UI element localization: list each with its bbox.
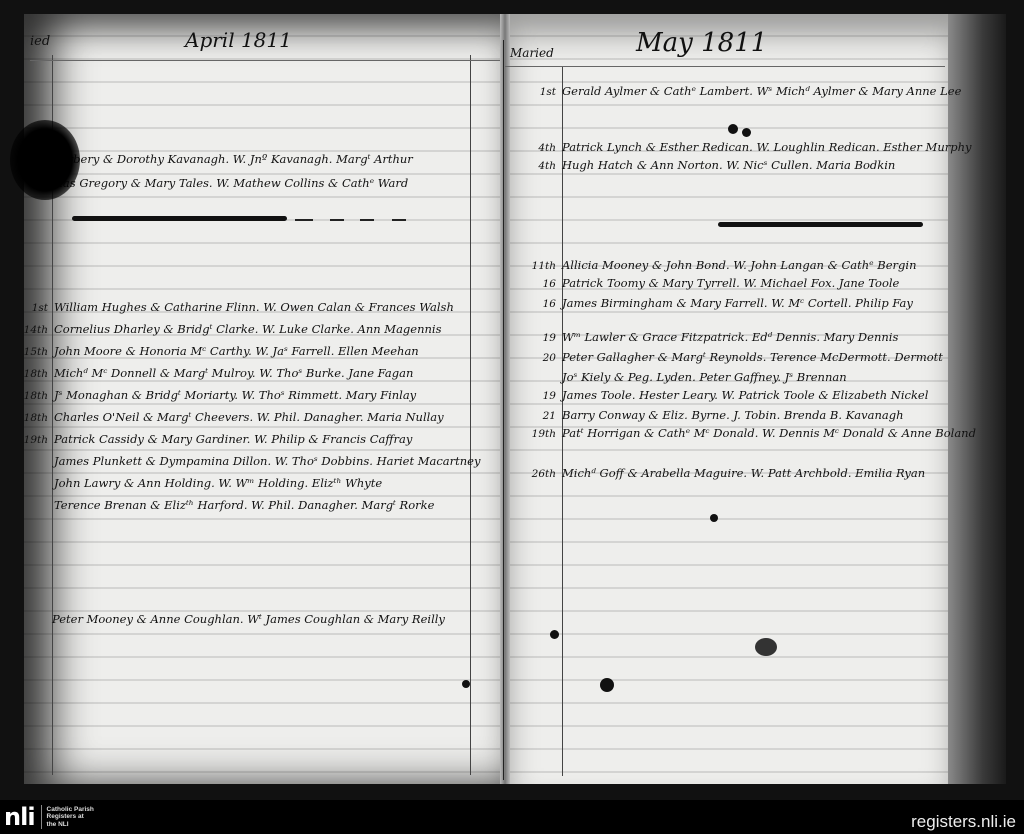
left-right-margin-line [470,55,471,775]
register-entry: Carbery & Dorothy Kavanagh. W. Jnº Kavan… [52,152,413,166]
dash [392,219,406,221]
ink-blot [742,128,751,137]
register-entry: mas Gregory & Mary Tales. W. Mathew Coll… [52,176,408,190]
register-entry: Terence Brenan & Elizᵗʰ Harford. W. Phil… [22,498,434,512]
ink-blot [710,514,718,522]
register-entry: 11thAllicia Mooney & John Bond. W. John … [530,258,917,272]
right-page-edge-line [503,40,504,780]
register-entry: James Plunkett & Dympamina Dillon. W. Th… [22,454,480,468]
left-month-heading: April 1811 [185,28,292,52]
nli-logo-mark: nli [4,805,42,829]
dash [330,219,344,221]
register-entry: 14thCornelius Dharley & Bridgᵗ Clarke. W… [22,322,442,336]
ink-blot [755,638,777,656]
footer-bar [0,800,1024,834]
ink-blot [462,680,470,688]
ink-blot [600,678,614,692]
register-entry: 19Wᵐ Lawler & Grace Fitzpatrick. Edᵈ Den… [530,330,898,344]
dash [295,219,313,221]
register-entry: 18thJˢ Monaghan & Bridgᵗ Moriarty. W. Th… [22,388,416,402]
crossed-out-entry [718,222,923,227]
register-entry: 19James Toole. Hester Leary. W. Patrick … [530,388,928,402]
register-entry: 26thMichᵈ Goff & Arabella Maguire. W. Pa… [530,466,925,480]
register-entry: 18thCharles O'Neil & Margᵗ Cheevers. W. … [22,410,444,424]
right-header-rule [505,66,945,67]
register-entry: Joˢ Kiely & Peg. Lyden. Peter Gaffney. J… [530,370,847,384]
register-entry: 21Barry Conway & Eliz. Byrne. J. Tobin. … [530,408,904,422]
register-entry: 4thPatrick Lynch & Esther Redican. W. Lo… [530,140,972,154]
book-gutter [500,14,510,784]
register-entry: 15thJohn Moore & Honoria Mᶜ Carthy. W. J… [22,344,419,358]
site-url[interactable]: registers.nli.ie [911,812,1016,832]
register-entry: John Lawry & Ann Holding. W. Wᵐ Holding.… [22,476,382,490]
crossed-out-entry [72,216,287,221]
register-entry: 18thMichᵈ Mᶜ Donnell & Margᵗ Mulroy. W. … [22,366,413,380]
nli-logo-text: Catholic Parish Registers at the NLI [42,806,94,829]
ink-blot [10,120,80,200]
ink-blot [728,124,738,134]
register-entry: 19thPatᵗ Horrigan & Cathᵉ Mᶜ Donald. W. … [530,426,976,440]
register-entry: 16James Birmingham & Mary Farrell. W. Mᶜ… [530,296,913,310]
dash [360,219,374,221]
register-entry: 16Patrick Toomy & Mary Tyrrell. W. Micha… [530,276,899,290]
right-column-header: Maried [510,46,554,60]
register-entry: 1stWilliam Hughes & Catharine Flinn. W. … [22,300,454,314]
nli-logo[interactable]: nli Catholic Parish Registers at the NLI [4,805,94,829]
left-column-header-fragment: ied [30,34,50,49]
left-header-rule [30,60,500,61]
register-entry: 20Peter Gallagher & Margᵗ Reynolds. Tere… [530,350,943,364]
register-entry: 4thHugh Hatch & Ann Norton. W. Nicˢ Cull… [530,158,895,172]
register-entry: Peter Mooney & Anne Coughlan. Wᵗ James C… [52,612,445,626]
register-entry: 1stGerald Aylmer & Cathᵉ Lambert. Wˢ Mic… [530,84,961,98]
register-entry: 19thPatrick Cassidy & Mary Gardiner. W. … [22,432,412,446]
register-scan: ied April 1811 Carbery & Dorothy Kavanag… [0,0,1024,800]
ink-blot [550,630,559,639]
page-edge-shadow [948,14,1006,784]
right-month-heading: May 1811 [636,28,767,58]
